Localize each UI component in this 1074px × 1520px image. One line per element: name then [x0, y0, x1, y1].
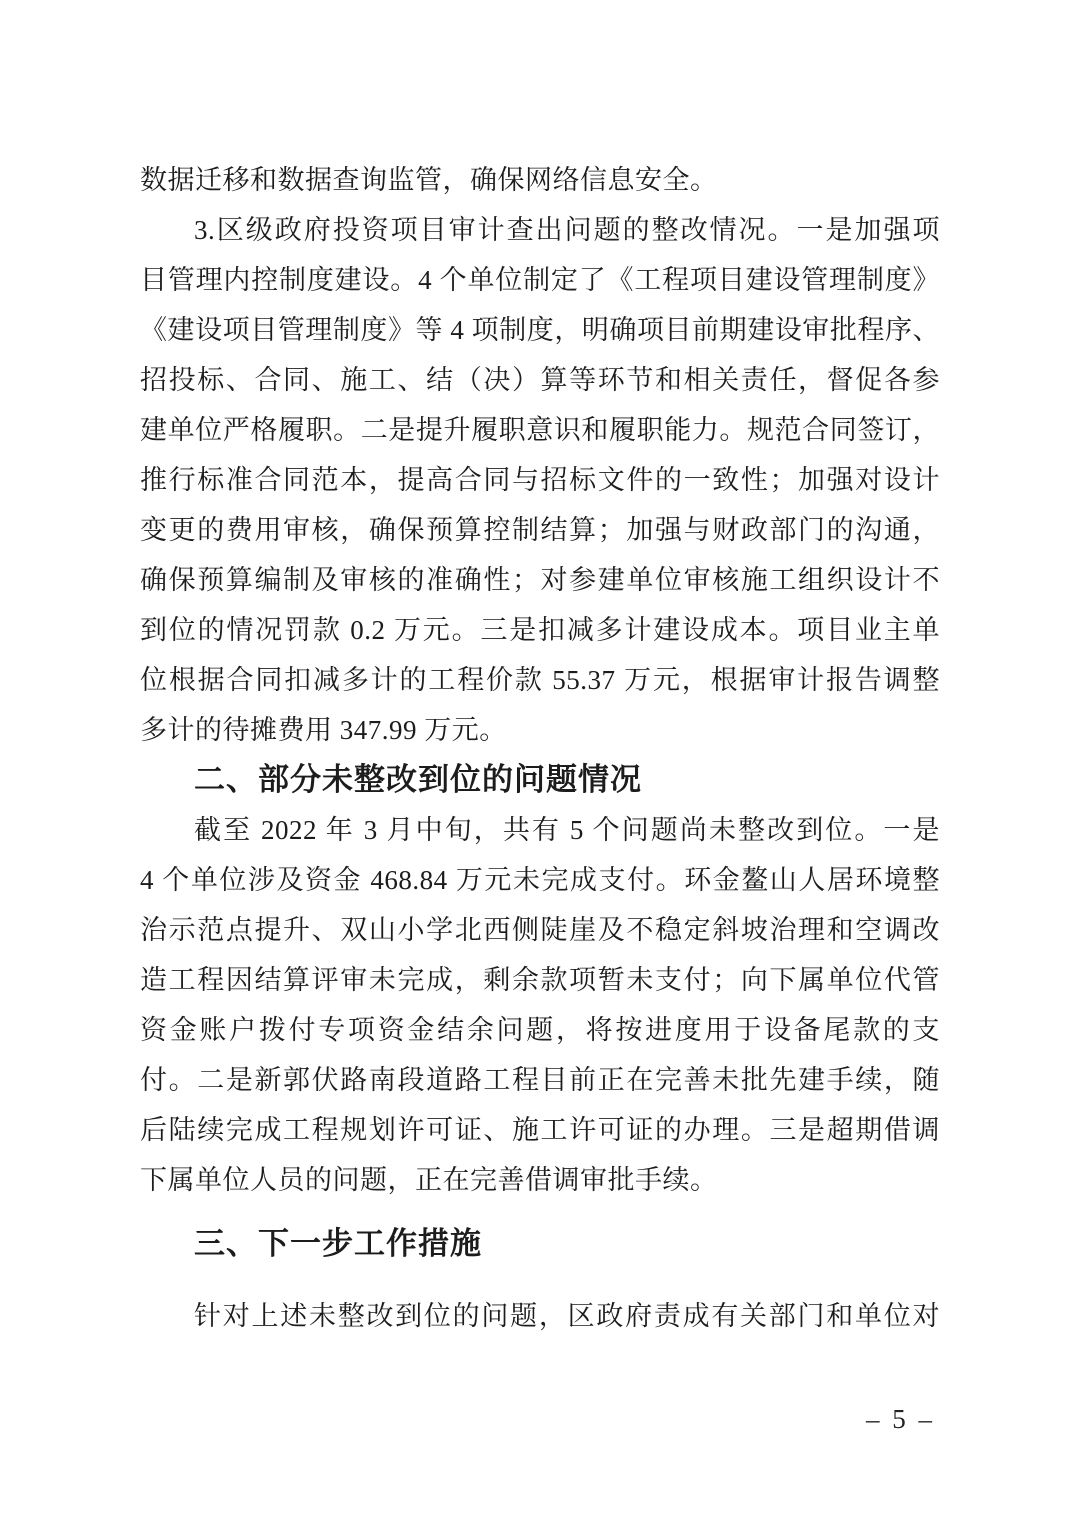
- document-line: 4 个单位涉及资金 468.84 万元未完成支付。环金鳌山人居环境整: [140, 855, 940, 905]
- document-line: 推行标准合同范本，提高合同与招标文件的一致性；加强对设计: [140, 455, 940, 505]
- document-line: 目管理内控制度建设。4 个单位制定了《工程项目建设管理制度》: [140, 255, 940, 305]
- document-line: 治示范点提升、双山小学北西侧陡崖及不稳定斜坡治理和空调改: [140, 905, 940, 955]
- document-line: 针对上述未整改到位的问题，区政府责成有关部门和单位对: [140, 1291, 940, 1341]
- document-line: 到位的情况罚款 0.2 万元。三是扣减多计建设成本。项目业主单: [140, 605, 940, 655]
- document-line: 付。二是新郭伏路南段道路工程目前正在完善未批先建手续，随: [140, 1055, 940, 1105]
- document-line: 《建设项目管理制度》等 4 项制度，明确项目前期建设审批程序、: [140, 305, 940, 355]
- document-line: 招投标、合同、施工、结（决）算等环节和相关责任，督促各参: [140, 355, 940, 405]
- section-heading-3: 三、下一步工作措施: [140, 1219, 940, 1269]
- document-line: 变更的费用审核，确保预算控制结算；加强与财政部门的沟通，: [140, 505, 940, 555]
- document-text-block: 数据迁移和数据查询监管，确保网络信息安全。 3.区级政府投资项目审计查出问题的整…: [140, 155, 940, 1341]
- document-line: 多计的待摊费用 347.99 万元。: [140, 705, 940, 755]
- section-heading-2: 二、部分未整改到位的问题情况: [140, 755, 940, 805]
- document-line: 3.区级政府投资项目审计查出问题的整改情况。一是加强项: [140, 205, 940, 255]
- document-page: 数据迁移和数据查询监管，确保网络信息安全。 3.区级政府投资项目审计查出问题的整…: [0, 0, 1074, 1520]
- page-number: – 5 –: [866, 1404, 935, 1435]
- document-line: 后陆续完成工程规划许可证、施工许可证的办理。三是超期借调: [140, 1105, 940, 1155]
- document-line: 造工程因结算评审未完成，剩余款项暂未支付；向下属单位代管: [140, 955, 940, 1005]
- document-line: 数据迁移和数据查询监管，确保网络信息安全。: [140, 155, 940, 205]
- document-line: 截至 2022 年 3 月中旬，共有 5 个问题尚未整改到位。一是: [140, 805, 940, 855]
- document-line: 确保预算编制及审核的准确性；对参建单位审核施工组织设计不: [140, 555, 940, 605]
- document-line: 下属单位人员的问题，正在完善借调审批手续。: [140, 1155, 940, 1205]
- document-line: 位根据合同扣减多计的工程价款 55.37 万元，根据审计报告调整: [140, 655, 940, 705]
- document-line: 建单位严格履职。二是提升履职意识和履职能力。规范合同签订，: [140, 405, 940, 455]
- document-line: 资金账户拨付专项资金结余问题，将按进度用于设备尾款的支: [140, 1005, 940, 1055]
